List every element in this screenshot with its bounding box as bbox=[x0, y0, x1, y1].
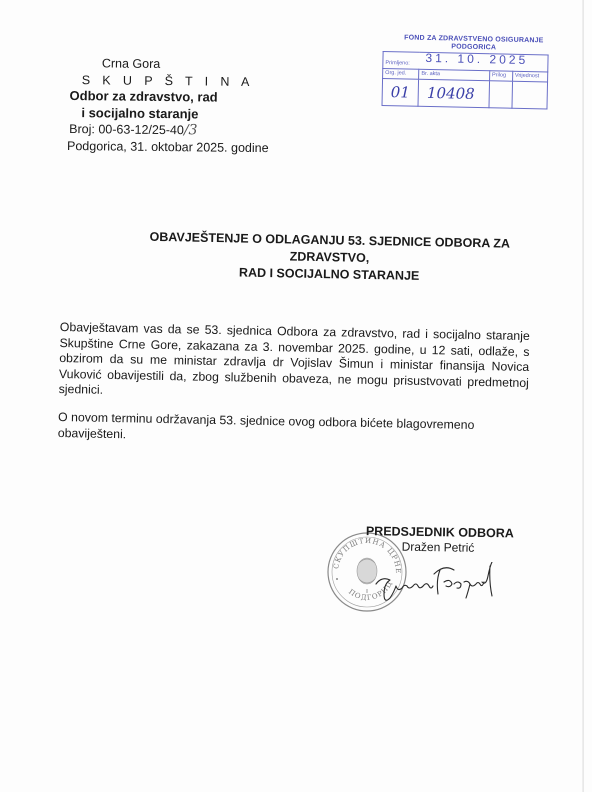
stamp-col-attachment: Prilog bbox=[489, 71, 512, 81]
institution-name: S K U P Š T I N A bbox=[66, 71, 266, 90]
stamp-val-org-unit-text: 01 bbox=[385, 80, 411, 102]
stamp-received-label: Primljeno: bbox=[385, 60, 410, 67]
reference-printed: Broj: 00-63-12/25-40 bbox=[69, 122, 184, 137]
stamp-received-date: 31. 10. 2025 bbox=[411, 51, 528, 67]
signatory-name: Dražen Petrić bbox=[360, 539, 540, 556]
reference-number: Broj: 00-63-12/25-40/3 bbox=[65, 121, 265, 140]
stamp-val-attachment-text bbox=[492, 83, 498, 86]
stamp-val-org-unit: 01 bbox=[382, 79, 419, 107]
place-date: Podgorica, 31. oktobar 2025. godine bbox=[65, 137, 265, 156]
scan-edge bbox=[582, 0, 584, 792]
signature-block: PREDSJEDNIK ODBORA Dražen Petrić bbox=[360, 524, 540, 556]
handwritten-signature-icon bbox=[374, 562, 524, 612]
document-title: OBAVJEŠTENJE O ODLAGANJU 53. SJEDNICE OD… bbox=[109, 228, 550, 287]
reference-handwritten: /3 bbox=[184, 122, 198, 138]
signatory-title: PREDSJEDNIK ODBORA bbox=[360, 524, 540, 541]
stamp-val-act-number: 10408 bbox=[418, 79, 489, 107]
document-body: Obavještavam vas da se 53. sjednica Odbo… bbox=[57, 320, 529, 462]
stamp-table: Primljeno: 31. 10. 2025 Org. jed. Br. ak… bbox=[381, 51, 548, 109]
stamp-val-attachment bbox=[489, 81, 512, 108]
country-name: Crna Gora bbox=[66, 55, 266, 74]
committee-name-line2: i socijalno staranje bbox=[65, 104, 265, 123]
document-page: Crna Gora S K U P Š T I N A Odbor za zdr… bbox=[0, 0, 592, 792]
stamp-val-act-number-text: 10408 bbox=[421, 81, 475, 103]
body-paragraph: Obavještavam vas da se 53. sjednica Odbo… bbox=[59, 320, 530, 407]
stamp-val-value-text bbox=[515, 84, 521, 87]
body-paragraph: O novom terminu održavanja 53. sjednice … bbox=[58, 410, 529, 450]
committee-name-line1: Odbor za zdravstvo, rad bbox=[65, 88, 265, 107]
receipt-stamp: FOND ZA ZDRAVSTVENO OSIGURANJE PODGORICA… bbox=[381, 34, 552, 110]
stamp-val-value bbox=[512, 81, 548, 109]
letterhead: Crna Gora S K U P Š T I N A Odbor za zdr… bbox=[65, 55, 266, 156]
